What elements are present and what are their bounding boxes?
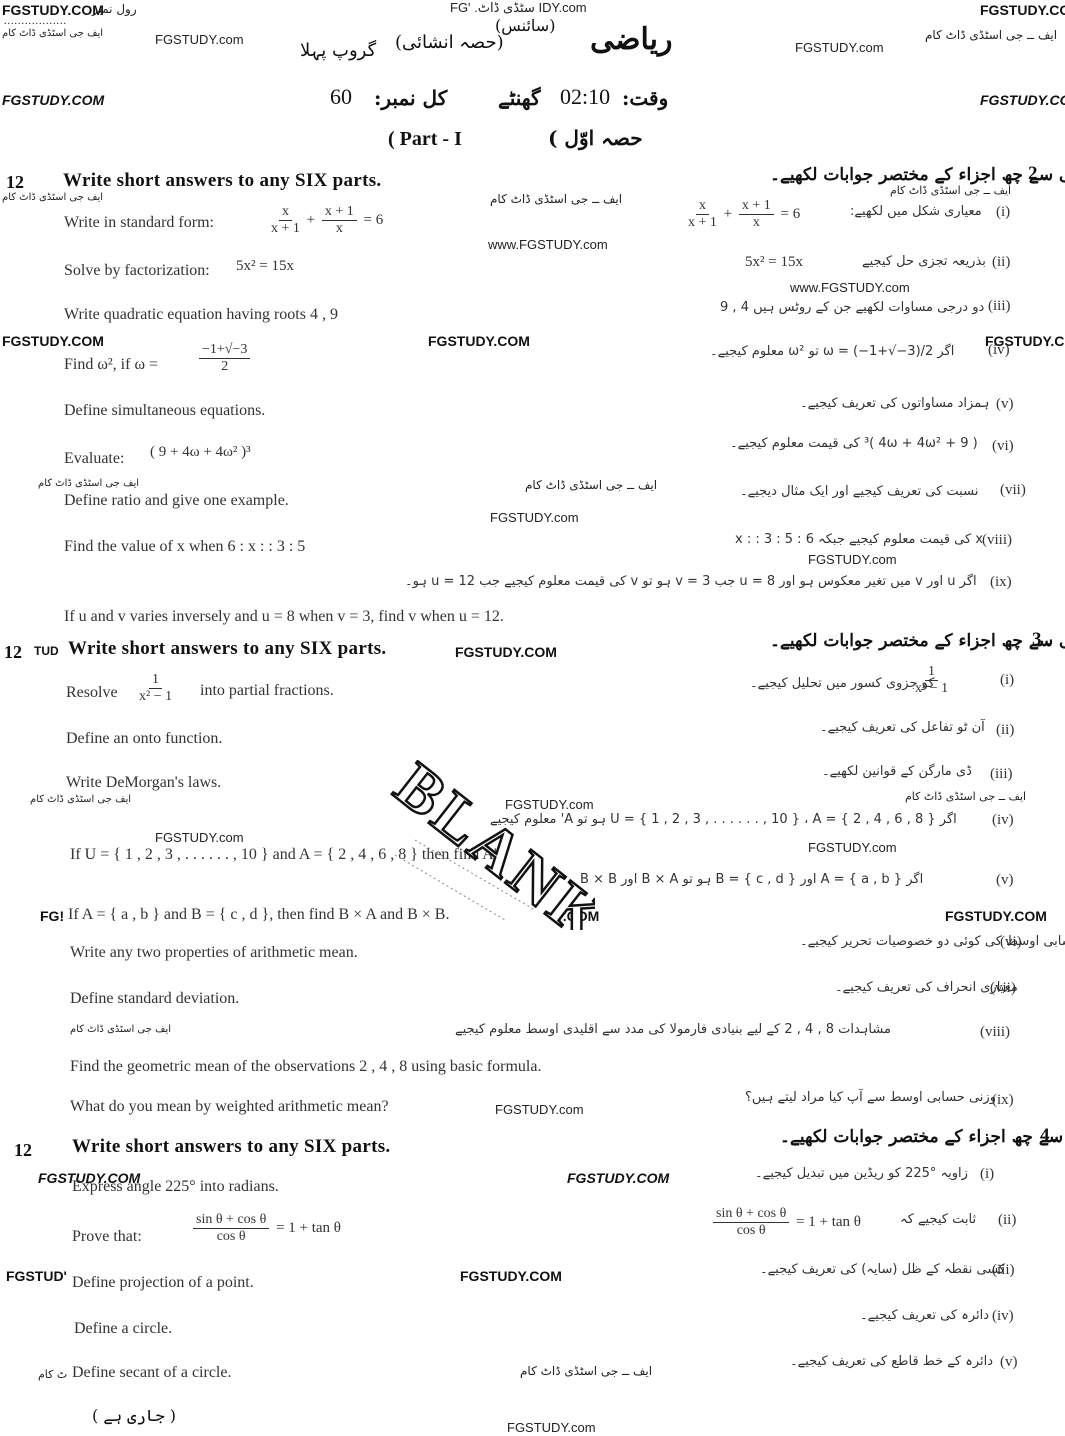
question-number-ur: 4۔: [1040, 1124, 1061, 1147]
math-expression: 1x² − 1: [136, 672, 175, 705]
paper-title: ریاضی (سائنس) (حصہ انشائی) گروپ پہلا: [300, 12, 700, 72]
watermark: FG!: [40, 908, 64, 924]
watermark: ایف جی اسٹڈی ڈاٹ کام: [70, 1024, 171, 1035]
math-expression-ur: 5x² = 15x: [745, 254, 803, 271]
roll-number-label: رول نمبر: [92, 2, 137, 16]
part-text-en: If u and v varies inversely and u = 8 wh…: [64, 608, 504, 626]
time-label: وقت:: [622, 86, 668, 110]
watermark: FGSTUDY.com: [155, 830, 244, 845]
watermark: FGSTUDY.com: [795, 40, 884, 55]
part-text-ur: دائرہ کے خط قاطع کی تعریف کیجیے۔: [790, 1354, 993, 1369]
part-number: (iii): [988, 298, 1011, 315]
part-text-en: Write any two properties of arithmetic m…: [70, 944, 358, 962]
watermark: ایف ــ جی اسٹڈی ڈاٹ کام: [525, 478, 657, 492]
part-text-ur: ہمزاد مساواتوں کی تعریف کیجیے۔: [800, 396, 989, 411]
question-heading-ur: کوئی سے چھ اجزاء کے مختصر جوابات لکھیے۔: [770, 164, 1065, 185]
watermark: ایف جی اسٹڈی ڈاٹ کام: [2, 28, 103, 39]
watermark: ایف ــ جی اسٹڈی ڈاٹ کام: [520, 1364, 652, 1378]
part-text-en: Write quadratic equation having roots 4 …: [64, 306, 338, 324]
watermark: FGSTUDY.com: [808, 552, 897, 567]
science-tag: (سائنس): [495, 16, 555, 35]
part-text-en: Define standard deviation.: [70, 990, 239, 1008]
part-text-ur: ڈی مارگن کے قوانین لکھیے۔: [822, 764, 972, 779]
question-heading-ur: کوئی سے چھ اجزاء کے مختصر جوابات لکھیے۔: [780, 1126, 1065, 1147]
part-number: (ii): [992, 254, 1010, 271]
watermark: FGSTUDY.COM: [567, 1170, 669, 1186]
part-text-en: Define simultaneous equations.: [64, 402, 265, 420]
continued-label: ( جاری ہے ): [92, 1406, 176, 1425]
part-text-ur: دائرہ کی تعریف کیجیے۔: [860, 1308, 989, 1323]
subject-title: ریاضی: [590, 22, 672, 57]
part-text-ur: x کی قیمت معلوم کیجیے جبکہ 6 : x : : 3 :…: [735, 532, 983, 547]
part-number: (iv): [988, 342, 1010, 359]
watermark: FGSTUDY.com: [808, 840, 897, 855]
math-expression-ur: sin θ + cos θcos θ = 1 + tan θ: [710, 1206, 861, 1239]
part-text-en: Write DeMorgan's laws.: [66, 774, 221, 792]
time-marks-line: 60 کل نمبر: گھنٹے 02:10 وقت:: [330, 84, 730, 118]
blank-stamp: BLANK: [335, 760, 595, 930]
watermark: FGSTUDY.COM: [2, 92, 104, 108]
part-text-ur: اگر ω = (−1+√−3)/2 تو ω² معلوم کیجیے۔: [710, 344, 954, 359]
watermark: FGSTUDY.com: [495, 1102, 584, 1117]
watermark: ایف جی اسٹڈی ڈاٹ کام: [38, 478, 139, 489]
question-number-ur: 3۔: [1032, 628, 1053, 651]
question-marks: 12: [14, 1140, 32, 1161]
part-number: (i): [1000, 672, 1014, 689]
part-number: (viii): [982, 532, 1012, 549]
part-text-ur: اگر u اور v میں تغیر معکوس ہو اور u = 8 …: [405, 574, 977, 589]
part-text-en: Write in standard form:: [64, 214, 214, 232]
question-heading-en: Write short answers to any SIX parts.: [68, 638, 386, 660]
watermark: ایف ــ جی اسٹڈی ڈاٹ کام: [905, 790, 1026, 803]
question-marks: 12: [4, 642, 22, 663]
part-text-ur: آن ٹو تفاعل کی تعریف کیجیے۔: [820, 720, 985, 735]
watermark: TUD: [34, 644, 59, 658]
roll-number-field: ..................: [4, 16, 67, 27]
part-number: (vii): [1000, 482, 1026, 499]
part-label-en: ( Part - I: [388, 128, 462, 151]
part-number: (ii): [996, 722, 1014, 739]
part-text-en: Prove that:: [72, 1228, 142, 1246]
math-expression: ( 9 + 4ω + 4ω² )³: [150, 444, 251, 461]
part-number: (iii): [990, 766, 1013, 783]
math-expression: −1+√−32: [196, 342, 253, 375]
part-text-ur: ( 9 + 4ω + 4ω² )³ کی قیمت معلوم کیجیے۔: [730, 436, 978, 451]
part-number: (ix): [990, 574, 1012, 591]
part-text-ur: وزنی حسابی اوسط سے آپ کیا مراد لیتے ہیں؟: [745, 1090, 996, 1105]
part-text-ur: مشاہدات 8 , 4 , 2 کے لیے بنیادی فارمولا …: [455, 1022, 891, 1037]
watermark: FGSTUDY.COM: [455, 644, 557, 660]
part-number: (vii): [990, 980, 1016, 997]
part-text-en: Define ratio and give one example.: [64, 492, 289, 510]
watermark: ایف ــ جی اسٹڈی ڈاٹ کام: [890, 184, 1011, 197]
marks-label: کل نمبر:: [374, 86, 447, 110]
watermark: www.FGSTUDY.com: [488, 237, 608, 252]
part-text-en: Find the geometric mean of the observati…: [70, 1058, 541, 1076]
watermark: ایف جی اسٹڈی ڈاٹ کام: [2, 192, 103, 203]
part-number: (v): [1000, 1354, 1018, 1371]
part-text-en: Find the value of x when 6 : x : : 3 : 5: [64, 538, 305, 556]
question-heading-en: Write short answers to any SIX parts.: [63, 170, 381, 192]
watermark: FGSTUDY.com: [507, 1420, 596, 1435]
part-number: (v): [996, 396, 1014, 413]
watermark: FGSTUDY.com: [490, 510, 579, 525]
part-text-ur: کو جزوی کسور میں تحلیل کیجیے۔: [750, 676, 935, 691]
part-text-ur: زاویہ °225 کو ریڈین میں تبدیل کیجیے۔: [755, 1166, 968, 1181]
watermark: ٹ کام: [38, 1368, 67, 1381]
watermark: FGSTUDY.COM: [980, 2, 1065, 18]
watermark: FGSTUDY.com: [155, 32, 244, 47]
part-text-ur: دو درجی مساوات لکھیے جن کے روٹس ہیں 4 , …: [720, 300, 984, 315]
marks-value: 60: [330, 84, 352, 110]
question-marks: 12: [6, 172, 24, 193]
question-heading-en: Write short answers to any SIX parts.: [72, 1136, 390, 1158]
watermark: FGSTUDY.COM: [428, 333, 530, 349]
watermark: ایف ــ جی اسٹڈی ڈاٹ کام: [925, 28, 1057, 42]
part-number: (v): [996, 872, 1014, 889]
part-text-en: Define projection of a point.: [72, 1274, 254, 1292]
part-text-en: Solve by factorization:: [64, 262, 210, 280]
part-text-en: Resolve: [66, 684, 118, 702]
part-text-ur: اگر A = { a , b } اور B = { c , d } ہو ت…: [580, 872, 923, 887]
part-text-ur: حسابی اوسط کی کوئی دو خصوصیات تحریر کیجی…: [800, 934, 1065, 949]
part-number: (ii): [998, 1212, 1016, 1229]
part-number: (iv): [992, 812, 1014, 829]
part-text-en: Define a circle.: [74, 1320, 172, 1338]
watermark: ایف ــ جی اسٹڈی ڈاٹ کام: [490, 192, 622, 206]
watermark: FGSTUDY.COM: [2, 333, 104, 349]
part-text-ur: ثابت کیجیے کہ: [900, 1212, 976, 1227]
part-text-ur: کسی نقطہ کے ظل (سایہ) کی تعریف کیجیے۔: [760, 1262, 1005, 1277]
watermark: www.FGSTUDY.com: [790, 280, 910, 295]
part-number: (vi): [992, 438, 1014, 455]
part-number: (ix): [992, 1092, 1014, 1109]
part-text-ur: بذریعہ تجزی حل کیجیے: [862, 254, 986, 269]
question-heading-ur: کوئی سے چھ اجزاء کے مختصر جوابات لکھیے۔: [770, 630, 1065, 651]
part-text-en: Define secant of a circle.: [72, 1364, 231, 1382]
watermark: FGSTUD': [6, 1268, 67, 1284]
part-number: (i): [996, 204, 1010, 221]
part-text-ur: نسبت کی تعریف کیجیے اور ایک مثال دیجیے۔: [740, 484, 978, 499]
watermark: FGSTUDY.COM: [980, 92, 1065, 108]
math-expression-ur: xx + 1 + x + 1x = 6: [685, 198, 800, 231]
part-text-en: Find ω², if ω =: [64, 356, 158, 374]
part-number: (iv): [992, 1308, 1014, 1325]
group-label: گروپ پہلا: [300, 40, 376, 61]
part-number: (vi): [1000, 934, 1022, 951]
part-text-en: What do you mean by weighted arithmetic …: [70, 1098, 389, 1116]
watermark: FGSTUDY.COM: [945, 908, 1047, 924]
watermark: ایف جی اسٹڈی ڈاٹ کام: [30, 794, 131, 805]
part-text-ur: معیاری شکل میں لکھیے:: [850, 204, 982, 219]
part-label-ur: حصہ اوّل ): [548, 126, 643, 150]
svg-text:BLANK: BLANK: [382, 760, 595, 930]
part-text-en: Evaluate:: [64, 450, 124, 468]
part-text-en: Express angle 225° into radians.: [72, 1178, 279, 1196]
section-tag: (حصہ انشائی): [395, 32, 504, 53]
part-text-en: Define an onto function.: [66, 730, 222, 748]
part-number: (i): [980, 1166, 994, 1183]
question-number-ur: 2۔: [1028, 162, 1049, 185]
math-expression: 5x² = 15x: [236, 258, 294, 275]
time-unit: گھنٹے: [498, 86, 541, 110]
part-text-en-2: into partial fractions.: [200, 682, 334, 700]
watermark: FGSTUDY.COM: [460, 1268, 562, 1284]
math-expression: sin θ + cos θcos θ = 1 + tan θ: [190, 1212, 341, 1245]
part-number: (viii): [980, 1024, 1010, 1041]
time-value: 02:10: [560, 84, 610, 110]
part-number: (iii): [992, 1262, 1015, 1279]
math-expression: xx + 1 + x + 1x = 6: [268, 204, 383, 237]
